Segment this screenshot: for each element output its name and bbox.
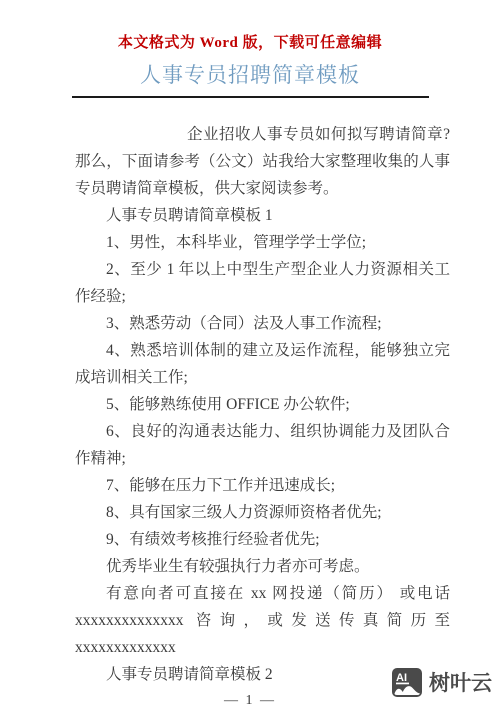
paragraph-item: 4、熟悉培训体制的建立及运作流程，能够独立完成培训相关工作; [75,337,450,391]
document-body: 企业招收人事专员如何拟写聘请简章?那么，下面请参考（公文）站我给大家整理收集的人… [75,121,450,688]
brand-name: 树叶云 [429,667,492,697]
paragraph-item: 5、能够熟练使用 OFFICE 办公软件; [75,391,450,418]
paragraph-item: 2、至少 1 年以上中型生产型企业人力资源相关工作经验; [75,256,450,310]
paragraph-item: 3、熟悉劳动（合同）法及人事工作流程; [75,310,450,337]
word-format-notice: 本文格式为 Word 版，下载可任意编辑 [0,31,500,52]
brand-watermark: AI 树叶云 [392,667,492,697]
paragraph-section-heading: 人事专员聘请简章模板 1 [75,202,450,229]
paragraph-item: 6、良好的沟通表达能力、组织协调能力及团队合作精神; [75,418,450,472]
paragraph-item: 1、男性，本科毕业，管理学学士学位; [75,229,450,256]
title-divider [72,96,429,98]
paragraph-note: 优秀毕业生有较强执行力者亦可考虑。 [75,553,450,580]
ai-image-icon: AI [392,668,422,697]
document-page: 本文格式为 Word 版，下载可任意编辑 人事专员招聘简章模板 企业招收人事专员… [0,0,500,707]
paragraph-contact: 有意向者可直接在 xx 网投递（简历） 或电话 xxxxxxxxxxxxxx 咨… [75,580,450,661]
page-title: 人事专员招聘简章模板 [0,59,500,89]
paragraph-item: 7、能够在压力下工作并迅速成长; [75,472,450,499]
paragraph-item: 9、有绩效考核推行经验者优先; [75,526,450,553]
paragraph-item: 8、具有国家三级人力资源师资格者优先; [75,499,450,526]
paragraph-intro: 企业招收人事专员如何拟写聘请简章?那么，下面请参考（公文）站我给大家整理收集的人… [75,121,450,202]
ai-icon-label: AI [396,672,407,684]
